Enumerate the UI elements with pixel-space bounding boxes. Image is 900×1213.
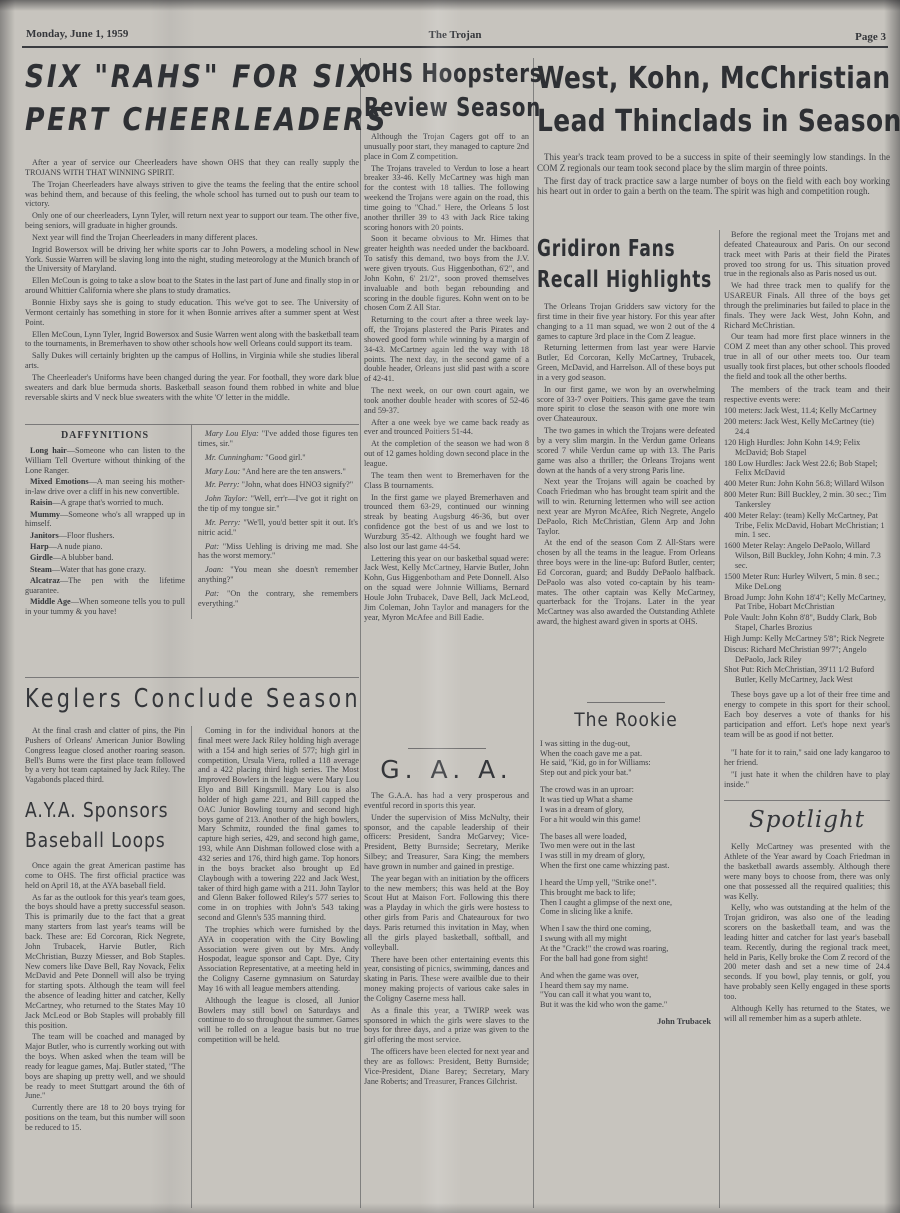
paragraph: And when the game was over, I heard them…: [537, 971, 715, 1010]
paragraph: The two games in which the Trojans were …: [537, 426, 715, 475]
masthead: Monday, June 1, 1959 The Trojan Page 3: [22, 26, 888, 48]
paragraph: In the first game we played Bremerhaven …: [364, 493, 529, 552]
paragraph: Our team had more first place winners in…: [724, 332, 890, 381]
gaa-article: The G.A.A. has had a very prosperous and…: [364, 791, 529, 1086]
paragraph: Although Kelly has returned to the State…: [724, 1004, 890, 1024]
paragraph: As far as the outlook for this year's te…: [25, 893, 185, 1031]
keglers-headline-block: Keglers Conclude Season: [25, 684, 359, 720]
paragraph: Ellen McCoun, Lynn Tyler, Ingrid Bowerso…: [25, 330, 359, 350]
paragraph: Returning to the court after a three wee…: [364, 315, 529, 384]
paragraph: Kelly, who was outstanding at the helm o…: [724, 903, 890, 1001]
gridiron-headline-line2: Recall Highlights: [537, 265, 669, 296]
daffynitions-columns: DAFFYNITIONS Long hair—Someone who can l…: [25, 425, 359, 619]
paragraph: 120 High Hurdles: John Kohn 14.9; Felix …: [724, 438, 890, 458]
paragraph: Bonnie Hixby says she is going to study …: [25, 298, 359, 328]
gridiron-headline-block: Gridiron Fans Recall Highlights: [537, 234, 715, 298]
left-bottom-column: At the final crash and clatter of pins, …: [25, 726, 185, 1208]
paragraph: In our first game, we won by an overwhel…: [537, 385, 715, 424]
paragraph: Mummy—Someone who's all wrapped up in hi…: [25, 510, 185, 530]
gaa-title: G. A. A.: [364, 755, 529, 785]
paragraph: The team will be coached and managed by …: [25, 1032, 185, 1101]
daffynitions-list: Long hair—Someone who can listen to the …: [25, 446, 185, 617]
aya-headline-line2: Baseball Loops: [25, 825, 163, 855]
paragraph: The bases all were loaded, Two men were …: [537, 832, 715, 871]
paragraph: Middle Age—When someone tells you to pul…: [25, 597, 185, 617]
paragraph: Kelly McCartney was presented with the A…: [724, 842, 890, 901]
paragraph: I heard the Ump yell, "Strike one!". Thi…: [537, 878, 715, 917]
paragraph: 800 Meter Run: Bill Buckley, 2 min. 30 s…: [724, 490, 890, 510]
paragraph: Mary Lou Elya: "I've added those figures…: [198, 429, 358, 449]
cheerleaders-article: After a year of service our Cheerleaders…: [25, 158, 359, 420]
track-column: Before the regional meet the Trojans met…: [724, 230, 890, 1208]
spotlight-section: Spotlight Kelly McCartney was presented …: [724, 800, 890, 1024]
paragraph: When I saw the third one coming, I swung…: [537, 924, 715, 963]
paragraph: Before the regional meet the Trojans met…: [724, 230, 890, 279]
cheerleaders-headline: SIX "RAHS" FOR SIX PERT CHEERLEADERS: [25, 56, 359, 156]
paragraph: "I hate for it to rain," said one lady k…: [724, 748, 890, 768]
column-rule: [360, 58, 361, 1208]
rookie-byline: John Trubacek: [537, 1017, 715, 1027]
paragraph: 400 Meter Run: John Kohn 56.8; Willard W…: [724, 479, 890, 489]
section-divider: [408, 748, 486, 749]
hoopsters-headline-block: OHS Hoopsters Review Season: [364, 58, 529, 128]
paragraph: The Cheerleader's Uniforms have been cha…: [25, 373, 359, 403]
track-closing: These boys gave up a lot of their free t…: [724, 690, 890, 739]
paragraph: Pole Vault: John Kohn 8'8", Buddy Clark,…: [724, 613, 890, 633]
daffynitions-section: DAFFYNITIONS Long hair—Someone who can l…: [25, 424, 359, 678]
thinclads-headline-block: West, Kohn, McChristian Lead Thinclads i…: [537, 58, 890, 152]
hoopsters-headline-line2: Review Season: [364, 92, 489, 126]
gaa-section: G. A. A. The G.A.A. has had a very prosp…: [364, 742, 529, 1208]
paragraph: Long hair—Someone who can listen to the …: [25, 446, 185, 476]
column-rule: [191, 726, 192, 1208]
cheerleaders-headline-line2: PERT CHEERLEADERS: [25, 99, 312, 142]
paragraph: The next week, on our own court again, w…: [364, 386, 529, 416]
paragraph: 180 Low Hurdles: Jack West 22.6; Bob Sta…: [724, 459, 890, 479]
paragraph: Ingrid Bowersox will be driving her whit…: [25, 245, 359, 275]
paragraph: 400 Meter Relay: (team) Kelly McCartney,…: [724, 511, 890, 541]
thinclads-headline-line1: West, Kohn, McChristian: [537, 58, 830, 101]
paragraph: We had three track men to qualify for th…: [724, 281, 890, 330]
paragraph: The G.A.A. has had a very prosperous and…: [364, 791, 529, 811]
paragraph: The crowd was in an uproar: It was tied …: [537, 785, 715, 824]
aya-headline-block: A.Y.A. Sponsors Baseball Loops: [25, 795, 185, 855]
daffynitions-left-column: DAFFYNITIONS Long hair—Someone who can l…: [25, 425, 185, 619]
paragraph: Mr. Cunningham: "Good girl.": [198, 453, 358, 463]
paragraph: After a year of service our Cheerleaders…: [25, 158, 359, 178]
hoopsters-headline-line1: OHS Hoopsters: [364, 58, 489, 92]
spotlight-article: Kelly McCartney was presented with the A…: [724, 842, 890, 1023]
paragraph: The Orleans Trojan Gridders saw victory …: [537, 302, 715, 341]
paragraph: After a one week bye we came back ready …: [364, 418, 529, 438]
paragraph: Lettering this year on our basketbal squ…: [364, 554, 529, 623]
paragraph: Harp—A nude piano.: [25, 542, 185, 552]
paragraph: At the end of the season Com Z All-Stars…: [537, 538, 715, 627]
newspaper-page: Monday, June 1, 1959 The Trojan Page 3 S…: [0, 0, 900, 1213]
rookie-section: The Rookie I was sitting in the dug-out,…: [537, 696, 715, 1208]
paragraph: Coming in for the individual honors at t…: [198, 726, 359, 923]
thinclads-intro: This year's track team proved to be a su…: [537, 152, 890, 228]
paragraph: Pat: "Miss Uehling is driving me mad. Sh…: [198, 542, 358, 562]
paragraph: Under the supervision of Miss McNulty, t…: [364, 813, 529, 872]
paragraph: The team then went to Bremerhaven for th…: [364, 471, 529, 491]
track-results-list: 100 meters: Jack West, 11.4; Kelly McCar…: [724, 406, 890, 685]
paragraph: 200 meters: Jack West, Kelly McCartney (…: [724, 417, 890, 437]
paragraph: The Trojan Cheerleaders have always stri…: [25, 180, 359, 210]
paragraph: Janitors—Floor flushers.: [25, 531, 185, 541]
paragraph: Girdle—A blubber band.: [25, 553, 185, 563]
paragraph: The first day of track practice saw a la…: [537, 176, 890, 198]
rookie-poem: I was sitting in the dug-out, When the c…: [537, 739, 715, 1010]
track-results-lead-in: The members of the track team and their …: [724, 385, 890, 405]
paragraph: Mr. Perry: "John, what does HNO3 signify…: [198, 480, 358, 490]
paragraph: 1500 Meter Run: Hurley Wilvert, 5 min. 8…: [724, 572, 890, 592]
paragraph: Once again the great American pastime ha…: [25, 861, 185, 891]
paragraph: Ellen McCoun is going to take a slow boa…: [25, 276, 359, 296]
paragraph: There have been other entertaining event…: [364, 955, 529, 1004]
paragraph: The trophies which were furnished by the…: [198, 925, 359, 994]
track-article: Before the regional meet the Trojans met…: [724, 230, 890, 382]
paragraph: The officers have been elected for next …: [364, 1047, 529, 1086]
paragraph: Broad Jump: John Kohn 18'4"; Kelly McCar…: [724, 593, 890, 613]
paragraph: Mixed Emotions—A man seeing his mother-i…: [25, 477, 185, 497]
paragraph: Alcatraz—The pen with the lifetime guara…: [25, 576, 185, 596]
paragraph: Although the Trojan Cagers got off to an…: [364, 132, 529, 162]
gridiron-article: The Orleans Trojan Gridders saw victory …: [537, 302, 715, 694]
paragraph: Shot Put: Rich McChristian, 39'11 1/2 Bu…: [724, 665, 890, 685]
paragraph: 1600 Meter Relay: Angelo DePaolo, Willar…: [724, 541, 890, 571]
paragraph: This year's track team proved to be a su…: [537, 152, 890, 174]
paragraph: At the final crash and clatter of pins, …: [25, 726, 185, 785]
paragraph: The Trojans traveled to Verdun to lose a…: [364, 164, 529, 233]
keglers-headline: Keglers Conclude Season: [25, 684, 292, 715]
paragraph: Only one of our cheerleaders, Lynn Tyler…: [25, 211, 359, 231]
aya-article: Once again the great American pastime ha…: [25, 861, 185, 1133]
paragraph: Discus: Richard McChristian 99'7"; Angel…: [724, 645, 890, 665]
page-number: Page 3: [855, 31, 886, 43]
keglers-continuation-column: Coming in for the individual honors at t…: [198, 726, 359, 1208]
column-rule: [719, 230, 720, 1208]
paragraph: John Taylor: "Well, err'r—I've got it ri…: [198, 494, 358, 514]
paragraph: Currently there are 18 to 20 boys trying…: [25, 1103, 185, 1133]
paragraph: High Jump: Kelly McCartney 5'8"; Rick Ne…: [724, 634, 890, 644]
paragraph: Joan: "You mean she doesn't remember any…: [198, 565, 358, 585]
cheerleaders-headline-line1: SIX "RAHS" FOR SIX: [25, 56, 312, 99]
column-rule: [533, 58, 534, 1208]
paragraph: 100 meters: Jack West, 11.4; Kelly McCar…: [724, 406, 890, 416]
paragraph: Mr. Perry: "We'll, you'd better spit it …: [198, 518, 358, 538]
paragraph: As a finale this year, a TWIRP week was …: [364, 1006, 529, 1045]
paragraph: At the completion of the season we had w…: [364, 439, 529, 469]
thinclads-headline-line2: Lead Thinclads in Season: [537, 101, 830, 144]
paragraph: Returning lettermen from last year were …: [537, 343, 715, 382]
paragraph: Although the league is closed, all Junio…: [198, 996, 359, 1045]
daffynitions-divider: [191, 425, 192, 619]
daffynitions-title: DAFFYNITIONS: [25, 430, 185, 442]
paragraph: These boys gave up a lot of their free t…: [724, 690, 890, 739]
paragraph: The year began with an initiation by the…: [364, 874, 529, 953]
rookie-title: The Rookie: [546, 709, 706, 732]
paragraph: Raisin—A grape that's worried to much.: [25, 498, 185, 508]
paragraph: I was sitting in the dug-out, When the c…: [537, 739, 715, 778]
paragraph: Next year will find the Trojan Cheerlead…: [25, 233, 359, 243]
paragraph: "I just hate it when the children have t…: [724, 770, 890, 790]
gridiron-headline-line1: Gridiron Fans: [537, 234, 669, 265]
paragraph: Pat: "On the contrary, she remembers eve…: [198, 589, 358, 609]
hoopsters-article: Although the Trojan Cagers got off to an…: [364, 132, 529, 740]
paragraph: Mary Lou: "And here are the ten answers.…: [198, 467, 358, 477]
paper-title: The Trojan: [22, 29, 888, 41]
aya-headline-line1: A.Y.A. Sponsors: [25, 795, 163, 825]
daffynitions-jokes-column: Mary Lou Elya: "I've added those figures…: [198, 425, 358, 619]
kangaroo-joke: "I hate for it to rain," said one lady k…: [724, 748, 890, 789]
section-divider: [587, 702, 665, 703]
paragraph: Sally Dukes will certainly brighten up t…: [25, 351, 359, 371]
keglers-intro: At the final crash and clatter of pins, …: [25, 726, 185, 785]
paragraph: Steam—Water that has gone crazy.: [25, 565, 185, 575]
paragraph: Soon it became obvious to Mr. Himes that…: [364, 234, 529, 313]
section-divider: [724, 800, 890, 801]
spotlight-title: Spotlight: [724, 807, 890, 835]
paragraph: Next year the Trojans will again be coac…: [537, 477, 715, 536]
